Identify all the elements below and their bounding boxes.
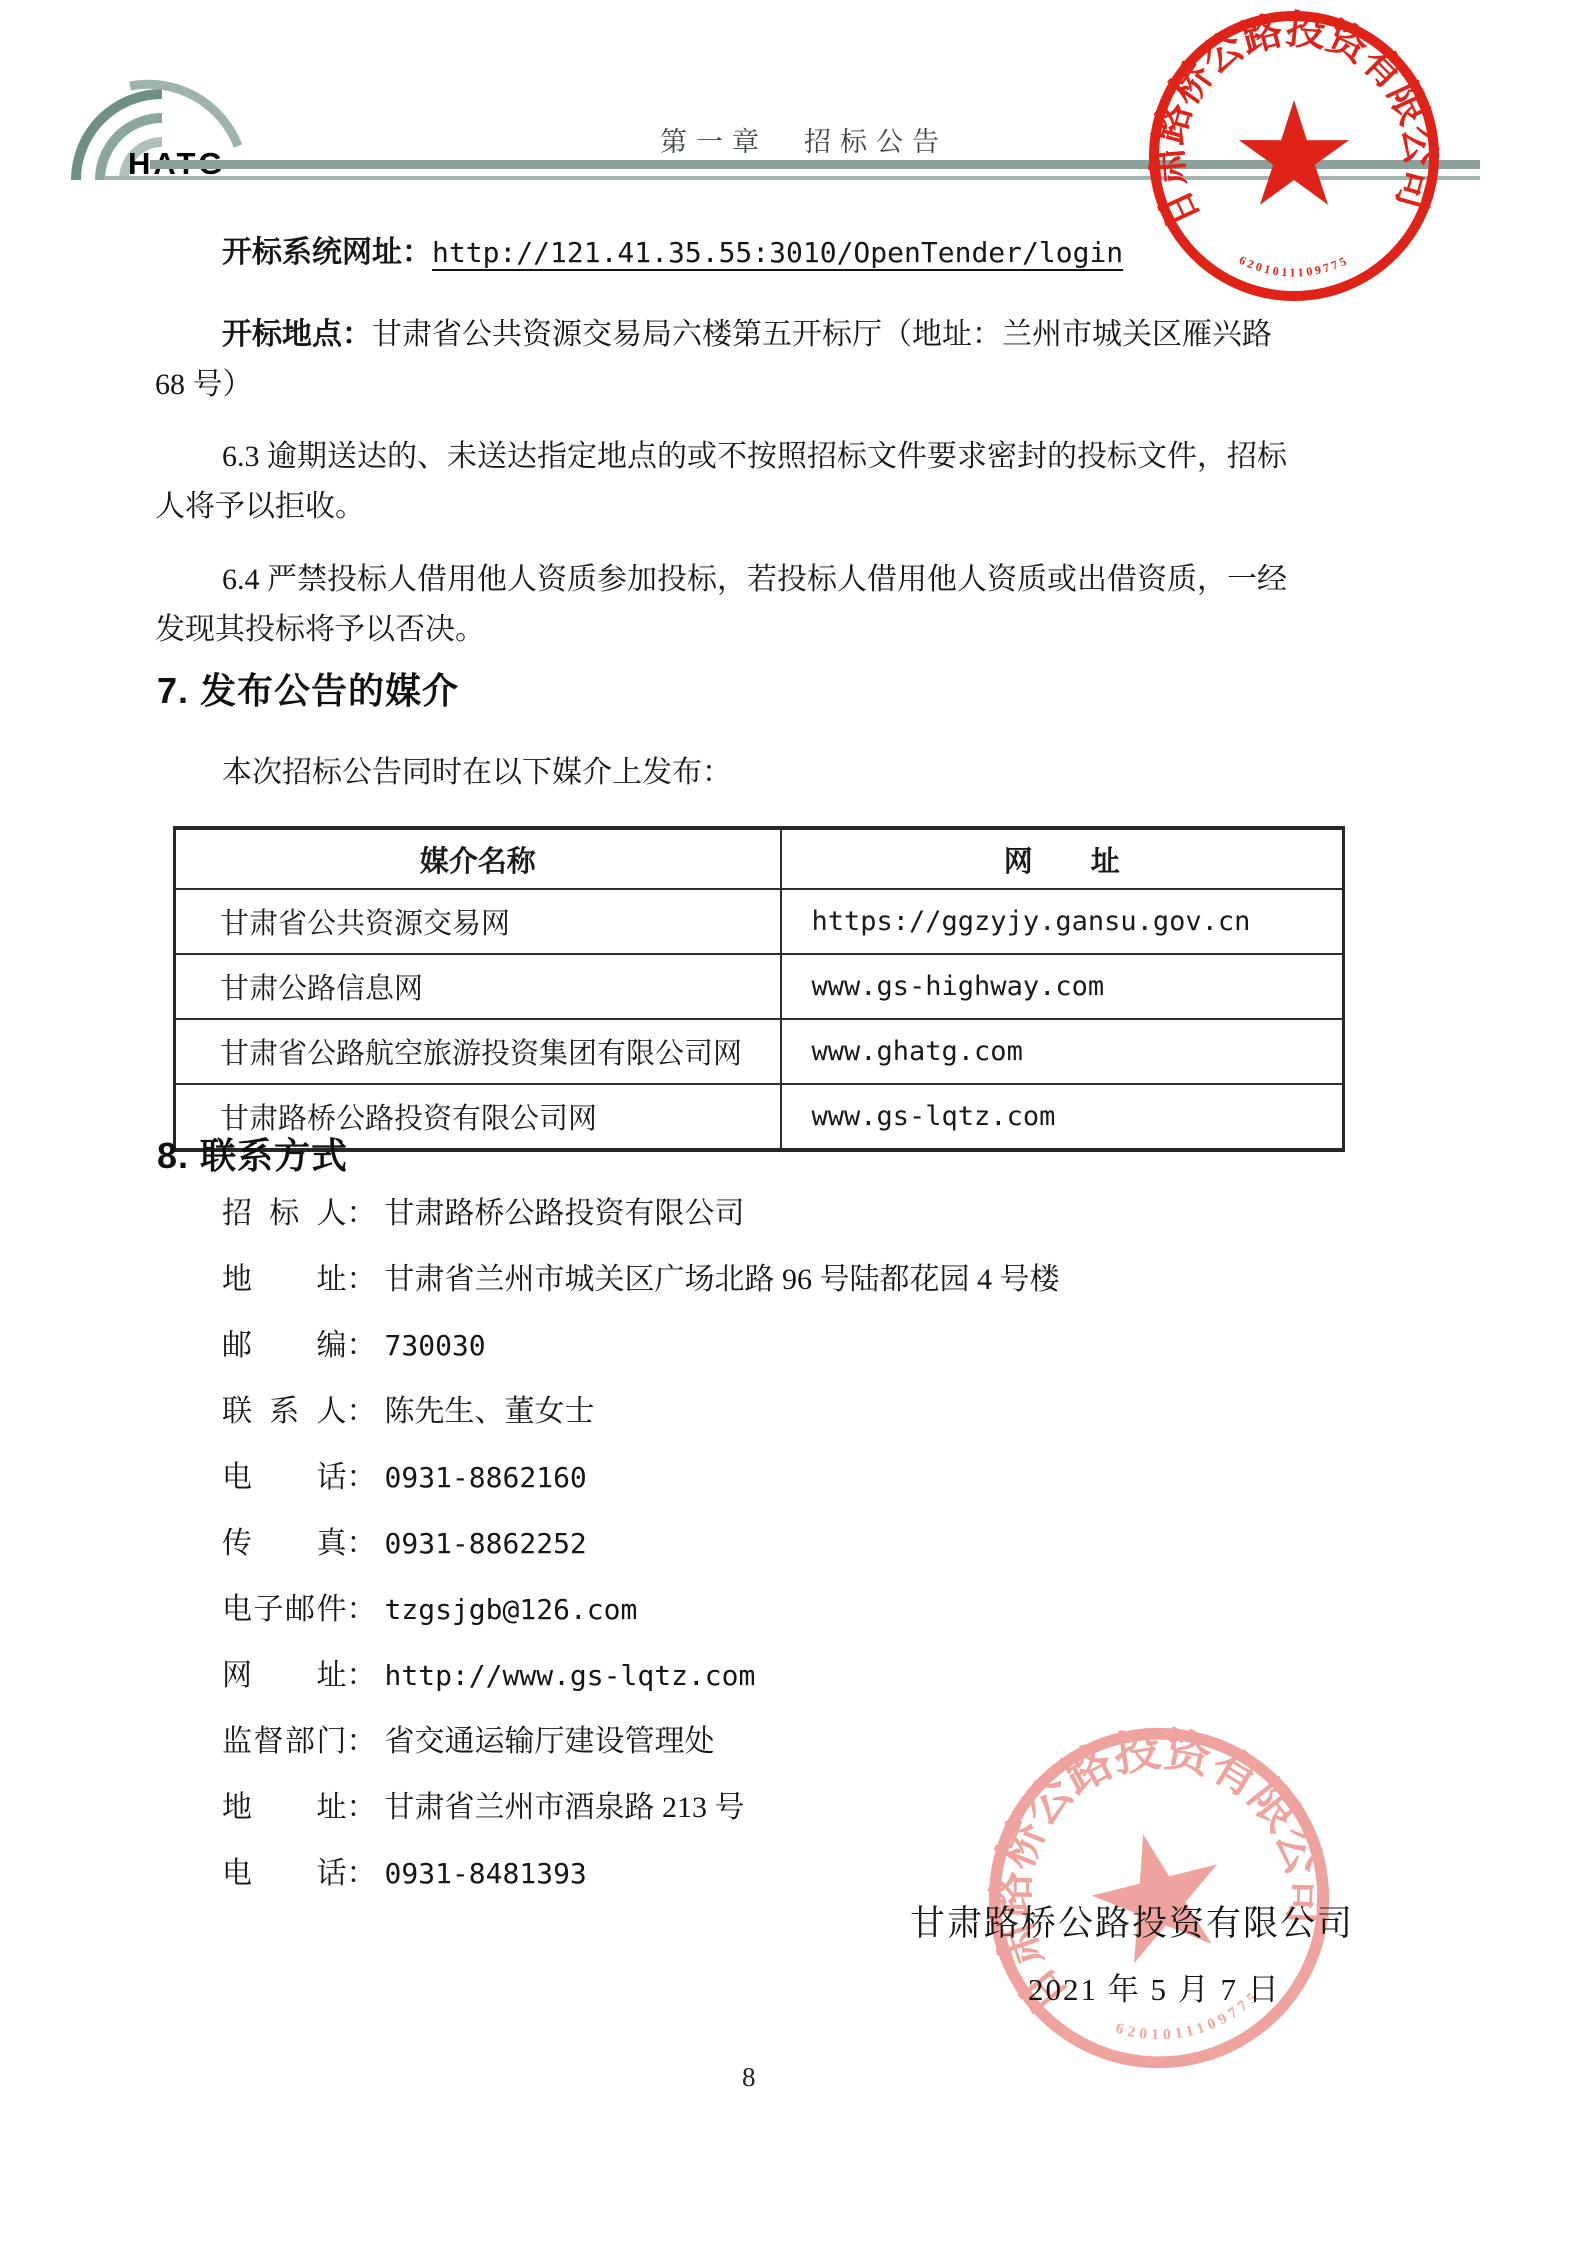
contact-row-supervisor-phone: 电话：0931-8481393 [222, 1852, 587, 1896]
contact-row-supervisor-address: 地址：甘肃省兰州市酒泉路 213 号 [222, 1786, 745, 1830]
contact-colon: ： [347, 1791, 377, 1824]
contact-value: 陈先生、董女士 [385, 1395, 595, 1428]
table-row: 甘肃路桥公路投资有限公司网 www.gs-lqtz.com [175, 1084, 1344, 1150]
contact-value: 0931-8862252 [385, 1527, 587, 1560]
contact-label: 地址 [222, 1258, 347, 1302]
para-6-3-line1: 6.3 逾期送达的、未送达指定地点的或不按照招标文件要求密封的投标文件，招标 [222, 432, 1287, 482]
contact-row-email: 电子邮件：tzgsjgb@126.com [222, 1588, 637, 1632]
svg-text:6201011109775: 6201011109775 [1237, 253, 1351, 280]
media-name-cell: 甘肃公路信息网 [175, 954, 781, 1019]
open-place-line1: 开标地点：甘肃省公共资源交易局六楼第五开标厅（地址：兰州市城关区雁兴路 [222, 310, 1272, 360]
contact-value: 省交通运输厅建设管理处 [385, 1725, 715, 1758]
media-url-cell: www.gs-lqtz.com [781, 1084, 1344, 1150]
contact-label: 地址 [222, 1786, 347, 1830]
signature-company: 甘肃路桥公路投资有限公司 [910, 1896, 1354, 1946]
document-page: HATG 第一章 招标公告 甘肃路桥公路投资有限公司 6201011109775… [0, 0, 1586, 2242]
contact-value: 甘肃省兰州市城关区广场北路 96 号陆都花园 4 号楼 [385, 1263, 1060, 1296]
signature-date: 2021 年 5 月 7 日 [1028, 1964, 1281, 2009]
contact-label: 联系人 [222, 1390, 347, 1434]
contact-label: 传真 [222, 1522, 347, 1566]
media-name-header: 媒介名称 [175, 828, 781, 889]
contact-row-phone: 电话：0931-8862160 [222, 1456, 587, 1500]
contact-colon: ： [347, 1263, 377, 1296]
contact-value: 甘肃省兰州市酒泉路 213 号 [385, 1791, 745, 1824]
contact-value: 730030 [385, 1329, 486, 1362]
media-url-cell: https://ggzyjy.gansu.gov.cn [781, 889, 1344, 954]
open-system-label: 开标系统网址： [222, 236, 432, 269]
contact-value: tzgsjgb@126.com [385, 1593, 638, 1626]
section-8-heading: 8. 联系方式 [157, 1128, 348, 1179]
contact-colon: ： [347, 1329, 377, 1362]
media-table-header-row: 媒介名称 网 址 [175, 828, 1344, 889]
media-name-cell: 甘肃省公路航空旅游投资集团有限公司网 [175, 1019, 781, 1084]
contact-label: 电子邮件 [222, 1588, 347, 1632]
section-7-intro: 本次招标公告同时在以下媒介上发布： [222, 748, 732, 798]
table-row: 甘肃省公路航空旅游投资集团有限公司网 www.ghatg.com [175, 1019, 1344, 1084]
company-seal-top: 甘肃路桥公路投资有限公司 6201011109775 [1144, 6, 1444, 306]
contact-colon: ： [347, 1527, 377, 1560]
contact-label: 网址 [222, 1654, 347, 1698]
seal-star-icon [1080, 1819, 1235, 1970]
table-row: 甘肃省公共资源交易网 https://ggzyjy.gansu.gov.cn [175, 889, 1344, 954]
seal-code-text: 6201011109775 [1237, 253, 1351, 280]
contact-row-address: 地址：甘肃省兰州市城关区广场北路 96 号陆都花园 4 号楼 [222, 1258, 1060, 1302]
media-url-header: 网 址 [781, 828, 1344, 889]
contact-value: 0931-8481393 [385, 1857, 587, 1890]
contact-label: 电话 [222, 1456, 347, 1500]
media-url-cell: www.gs-highway.com [781, 954, 1344, 1019]
contact-row-tenderee: 招标人：甘肃路桥公路投资有限公司 [222, 1192, 745, 1236]
contact-label: 监督部门 [222, 1720, 347, 1764]
para-6-4-line2: 发现其投标将予以否决。 [155, 605, 485, 655]
media-url-cell: www.ghatg.com [781, 1019, 1344, 1084]
section-7-heading: 7. 发布公告的媒介 [157, 663, 459, 714]
contact-value: 甘肃路桥公路投资有限公司 [385, 1197, 745, 1230]
contact-row-supervisor: 监督部门：省交通运输厅建设管理处 [222, 1720, 715, 1764]
media-name-cell: 甘肃省公共资源交易网 [175, 889, 781, 954]
chapter-title: 第一章 招标公告 [660, 120, 948, 159]
contact-row-website: 网址：http://www.gs-lqtz.com [222, 1654, 755, 1698]
contact-colon: ： [347, 1461, 377, 1494]
contact-value: 0931-8862160 [385, 1461, 587, 1494]
open-place-text: 甘肃省公共资源交易局六楼第五开标厅（地址：兰州市城关区雁兴路 [372, 318, 1272, 351]
contact-colon: ： [347, 1197, 377, 1230]
contact-colon: ： [347, 1593, 377, 1626]
contact-value: http://www.gs-lqtz.com [385, 1659, 756, 1692]
contact-colon: ： [347, 1725, 377, 1758]
contact-row-person: 联系人：陈先生、董女士 [222, 1390, 595, 1434]
contact-label: 招标人 [222, 1192, 347, 1236]
contact-label: 电话 [222, 1852, 347, 1896]
table-row: 甘肃公路信息网 www.gs-highway.com [175, 954, 1344, 1019]
media-table: 媒介名称 网 址 甘肃省公共资源交易网 https://ggzyjy.gansu… [173, 826, 1345, 1152]
contact-colon: ： [347, 1857, 377, 1890]
seal-star-icon [1239, 100, 1349, 205]
contact-label: 邮编 [222, 1324, 347, 1368]
contact-row-fax: 传真：0931-8862252 [222, 1522, 587, 1566]
para-6-4-line1: 6.4 严禁投标人借用他人资质参加投标，若投标人借用他人资质或出借资质，一经 [222, 555, 1287, 605]
contact-colon: ： [347, 1659, 377, 1692]
open-system-url[interactable]: http://121.41.35.55:3010/OpenTender/logi… [432, 236, 1123, 269]
page-number: 8 [742, 2062, 756, 2093]
contact-row-postcode: 邮编：730030 [222, 1324, 486, 1368]
open-place-line2: 68 号） [155, 360, 253, 410]
para-6-3-line2: 人将予以拒收。 [155, 482, 365, 532]
open-system-line: 开标系统网址：http://121.41.35.55:3010/OpenTend… [222, 228, 1123, 278]
open-place-label: 开标地点： [222, 318, 372, 351]
contact-colon: ： [347, 1395, 377, 1428]
